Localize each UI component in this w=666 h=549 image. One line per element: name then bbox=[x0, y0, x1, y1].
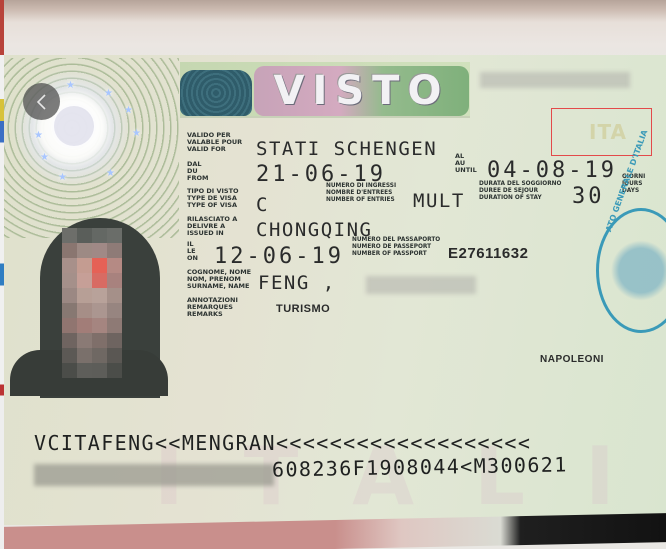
eu-emblem-hologram bbox=[52, 104, 96, 148]
previous-image-button[interactable] bbox=[23, 83, 60, 120]
redacted-field bbox=[480, 72, 630, 88]
star-icon: ★ bbox=[124, 105, 133, 116]
value-issued-in: CHONGQING bbox=[256, 219, 372, 241]
label-from: DAL DU FROM bbox=[187, 161, 208, 182]
star-icon: ★ bbox=[34, 130, 43, 141]
value-from-date: 21-06-19 bbox=[256, 162, 386, 187]
label-issued-in: RILASCIATO A DELIVRE A ISSUED IN bbox=[187, 216, 237, 237]
star-icon: ★ bbox=[40, 152, 49, 163]
redacted-given-name bbox=[366, 276, 476, 294]
issuing-country-code: ITA bbox=[589, 120, 627, 144]
star-icon: ★ bbox=[106, 168, 115, 179]
star-icon: ★ bbox=[66, 80, 75, 91]
value-number-of-entries: MULT bbox=[413, 190, 465, 212]
star-icon: ★ bbox=[104, 88, 113, 99]
signatory-name: NAPOLEONI bbox=[540, 354, 604, 365]
pixelated-face bbox=[62, 228, 122, 378]
label-surname-name: COGNOME, NOME NOM, PRENOM SURNAME, NAME bbox=[187, 269, 251, 290]
star-icon: ★ bbox=[132, 128, 141, 139]
star-icon: ★ bbox=[58, 172, 67, 183]
label-valid-for: VALIDO PER VALABLE POUR VALID FOR bbox=[187, 132, 242, 153]
value-surname: FENG , bbox=[258, 272, 336, 294]
value-until-date: 04-08-19 bbox=[487, 158, 617, 183]
chevron-left-icon bbox=[36, 94, 48, 110]
value-duration-of-stay: 30 bbox=[572, 184, 605, 209]
mrz-line-1: VCITAFENG<<MENGRAN<<<<<<<<<<<<<<<<<<< bbox=[34, 431, 531, 455]
value-remarks: TURISMO bbox=[276, 303, 330, 315]
image-viewer: ITALIA ★ ★ ★ ★ ★ ★ ★ ★ VISTO ITA VALIDO … bbox=[0, 0, 666, 549]
label-duration-of-stay: DURATA DEL SOGGIORNO DUREE DE SEJOUR DUR… bbox=[479, 181, 561, 202]
value-passport-number: E27611632 bbox=[448, 245, 528, 262]
visa-title: VISTO bbox=[254, 66, 469, 116]
label-on: IL LE ON bbox=[187, 241, 198, 262]
redacted-mrz-segment bbox=[34, 464, 274, 486]
value-issued-on: 12-06-19 bbox=[214, 244, 344, 269]
label-until: AL AU UNTIL bbox=[455, 153, 477, 174]
value-valid-for: STATI SCHENGEN bbox=[256, 138, 437, 160]
label-remarks: ANNOTAZIONI REMARQUES REMARKS bbox=[187, 297, 238, 318]
value-type-of-visa: C bbox=[256, 194, 269, 216]
visa-photograph: ITALIA ★ ★ ★ ★ ★ ★ ★ ★ VISTO ITA VALIDO … bbox=[4, 0, 666, 549]
label-type-of-visa: TIPO DI VISTO TYPE DE VISA TYPE OF VISA bbox=[187, 188, 239, 209]
banner-ornament bbox=[180, 70, 252, 116]
